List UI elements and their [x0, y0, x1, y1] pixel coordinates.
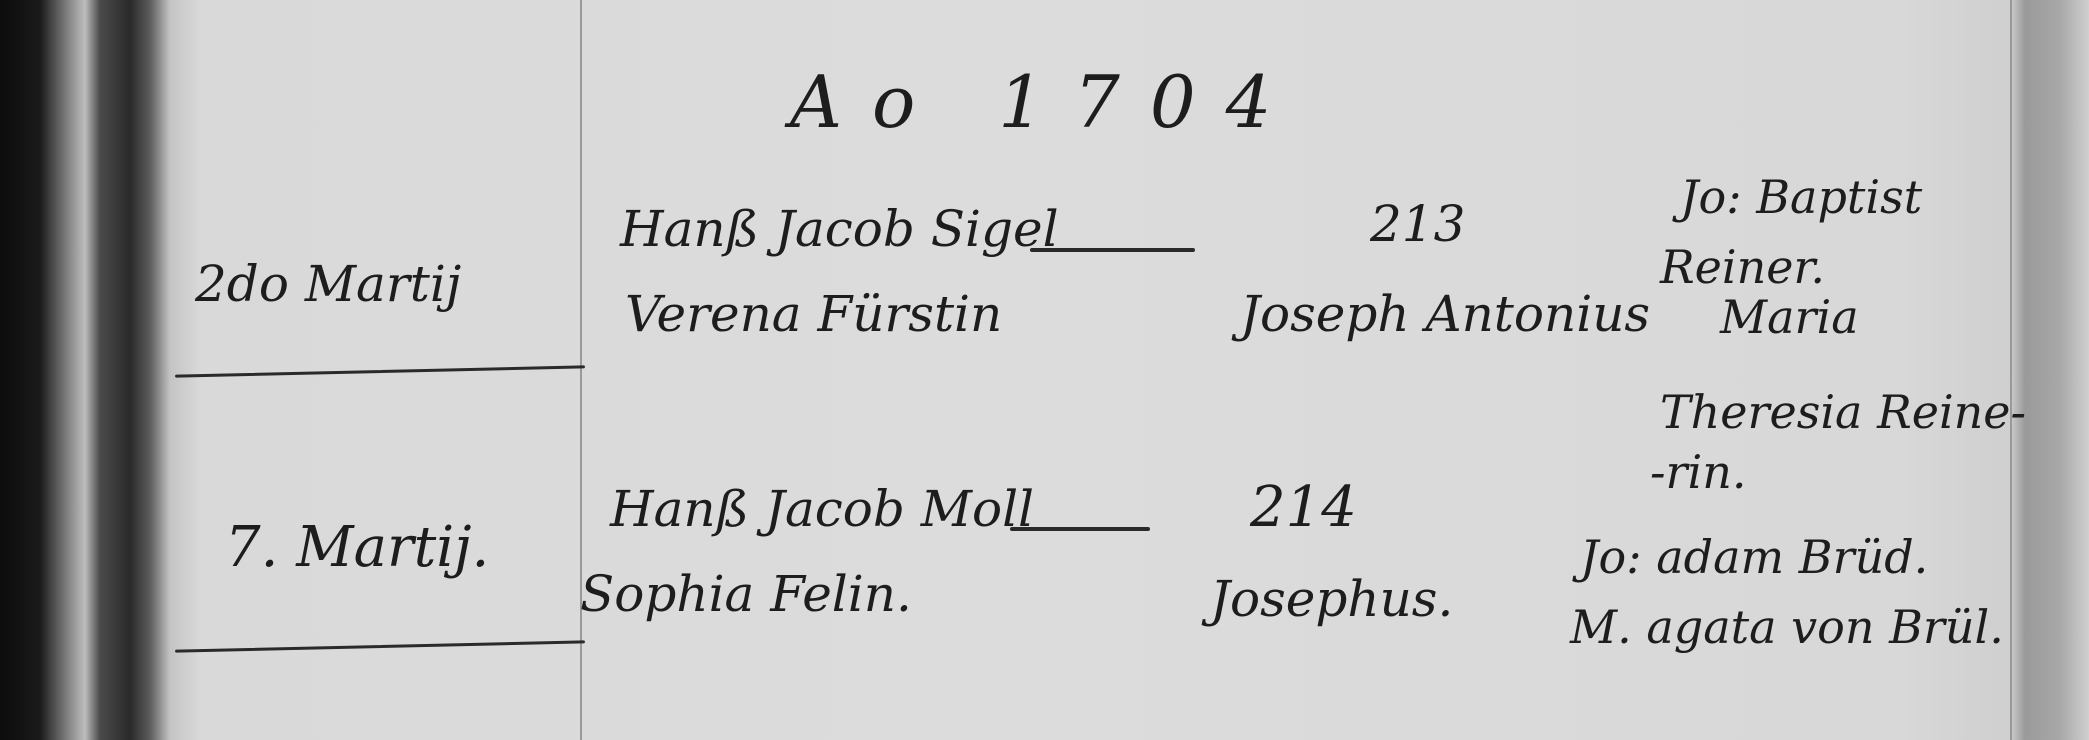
entry-1-father-name: Hanß Jacob Sigel — [620, 200, 1059, 258]
entry-2-surname-underline — [1010, 527, 1150, 531]
entry-2-godparent-1: Jo: adam Brüd. — [1580, 530, 1928, 584]
entry-1-godparent-2: Reiner. — [1660, 240, 1825, 294]
entry-1-separator — [175, 365, 585, 377]
entry-1-number: 213 — [1370, 195, 1465, 253]
entry-1-mother: Verena Fürstin — [625, 285, 1002, 343]
year-heading: Ao 1704 — [790, 60, 1301, 144]
entry-1-godparent-4: Theresia Reine- — [1660, 385, 2026, 439]
entry-2-child: Josephus. — [1210, 570, 1453, 628]
entry-2-godparent-2: M. agata von Brül. — [1570, 600, 2004, 654]
entry-2-father: Hanß Jacob Moll — [610, 480, 1034, 538]
entry-1-godparent-5: -rin. — [1650, 445, 1747, 499]
entry-1-godparent-1: Jo: Baptist — [1680, 170, 1922, 224]
entry-2-date: 7. Martij. — [225, 515, 489, 580]
entry-2-separator — [175, 640, 585, 652]
entry-1-godparent-3: Maria — [1720, 290, 1859, 344]
entry-1-father: Hanß Jacob Sigel — [620, 200, 1059, 258]
margin-line-left — [580, 0, 582, 740]
entry-2-mother: Sophia Felin. — [580, 565, 912, 623]
entry-1-surname-underline — [1030, 248, 1195, 252]
entry-1-child: Joseph Antonius — [1240, 285, 1650, 343]
margin-line-right — [2010, 0, 2012, 740]
register-page: Ao 1704 2do Martij Hanß Jacob Sigel Vere… — [0, 0, 2089, 740]
entry-1-date: 2do Martij — [195, 255, 461, 313]
entry-2-number: 214 — [1250, 475, 1357, 540]
